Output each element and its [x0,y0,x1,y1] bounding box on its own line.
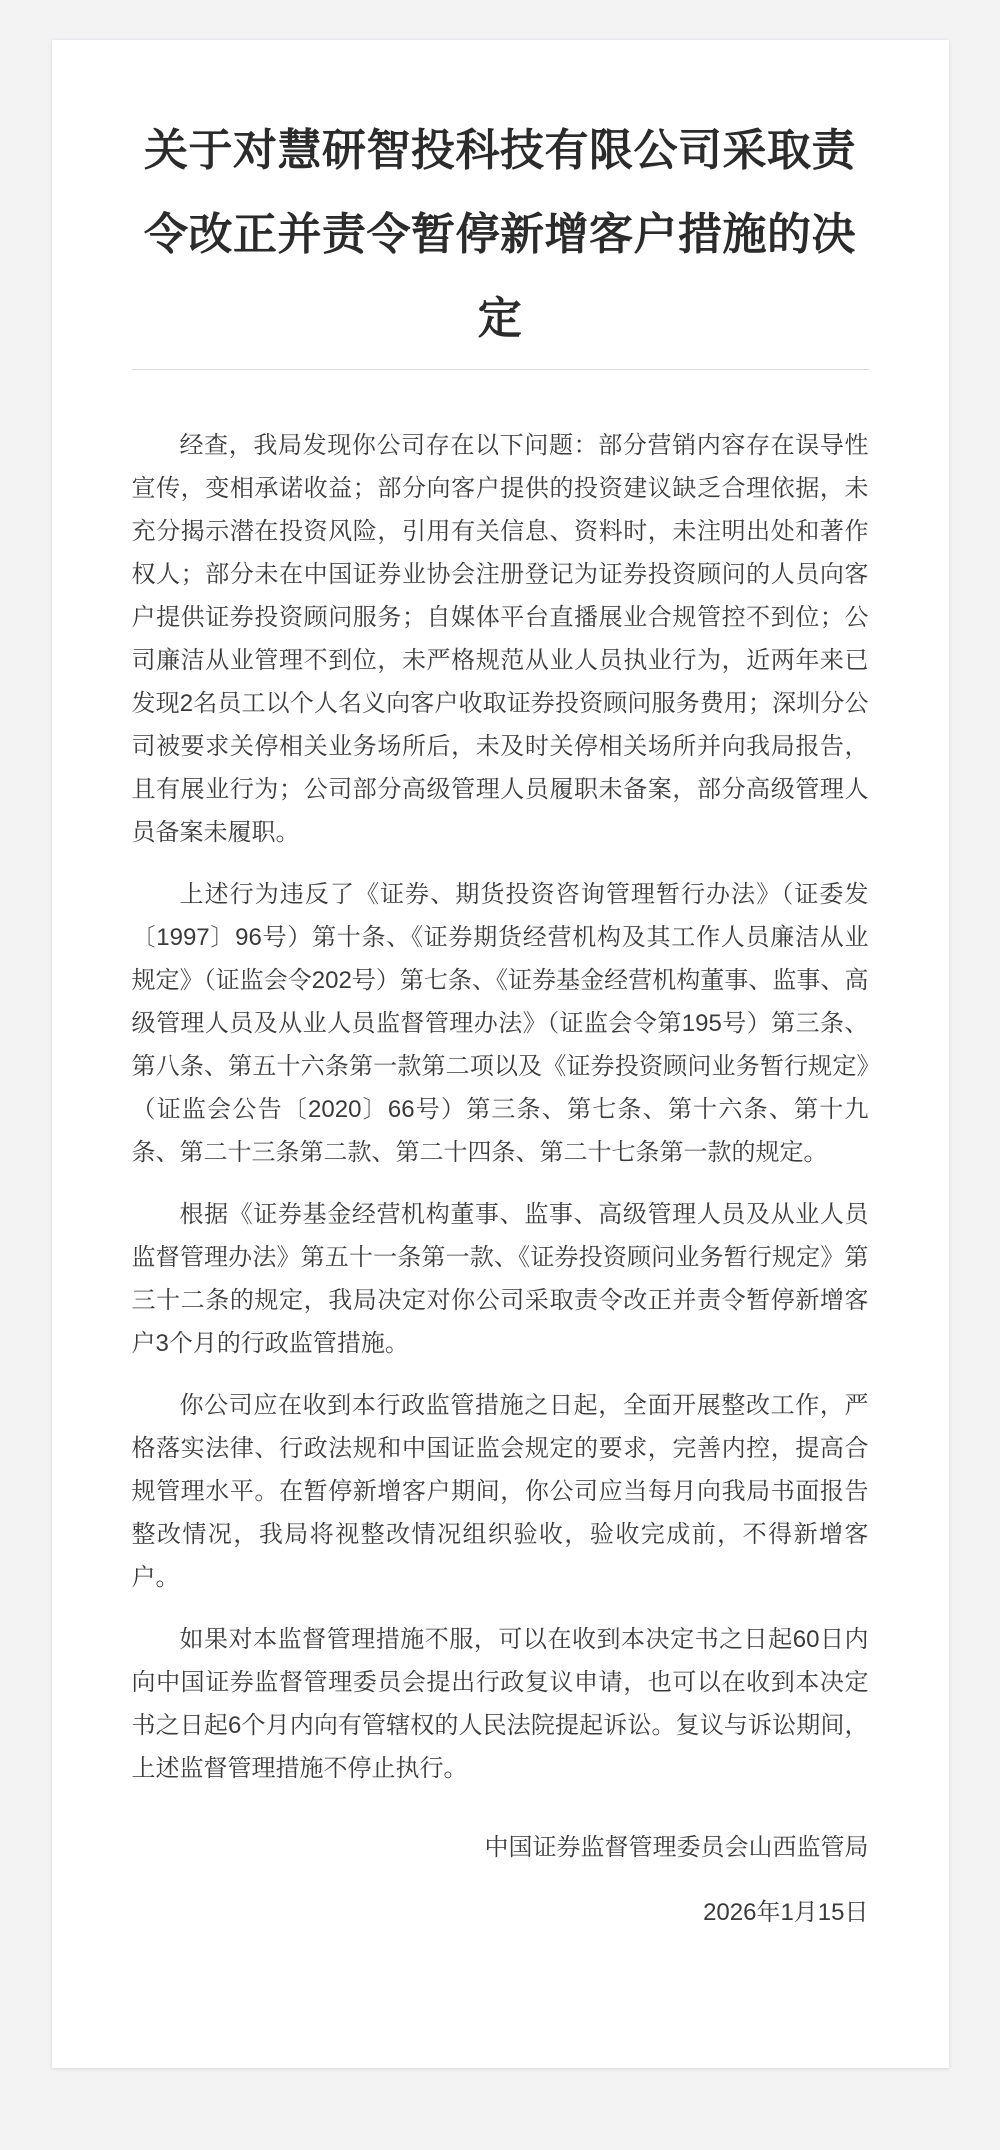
document-card: 关于对慧研智投科技有限公司采取责令改正并责令暂停新增客户措施的决定 经查，我局发… [52,40,949,2068]
paragraph-decision: 根据《证券基金经营机构董事、监事、高级管理人员及从业人员监督管理办法》第五十一条… [132,1193,869,1365]
document-body: 经查，我局发现你公司存在以下问题：部分营销内容存在误导性宣传，变相承诺收益；部分… [132,424,869,1790]
paragraph-violations: 上述行为违反了《证券、期货投资咨询管理暂行办法》（证委发〔1997〕96号）第十… [132,873,869,1174]
issuer-signature: 中国证券监督管理委员会山西监管局 [132,1826,869,1869]
page-background: { "page": { "background_color": "#f3f3f4… [0,40,1000,2150]
paragraph-rectification: 你公司应在收到本行政监管措施之日起，全面开展整改工作，严格落实法律、行政法规和中… [132,1384,869,1599]
issue-date: 2026年1月15日 [132,1891,869,1934]
document-title: 关于对慧研智投科技有限公司采取责令改正并责令暂停新增客户措施的决定 [132,109,869,361]
paragraph-appeal: 如果对本监督管理措施不服，可以在收到本决定书之日起60日内向中国证券监督管理委员… [132,1618,869,1790]
title-divider [132,369,869,370]
paragraph-findings: 经查，我局发现你公司存在以下问题：部分营销内容存在误导性宣传，变相承诺收益；部分… [132,424,869,854]
